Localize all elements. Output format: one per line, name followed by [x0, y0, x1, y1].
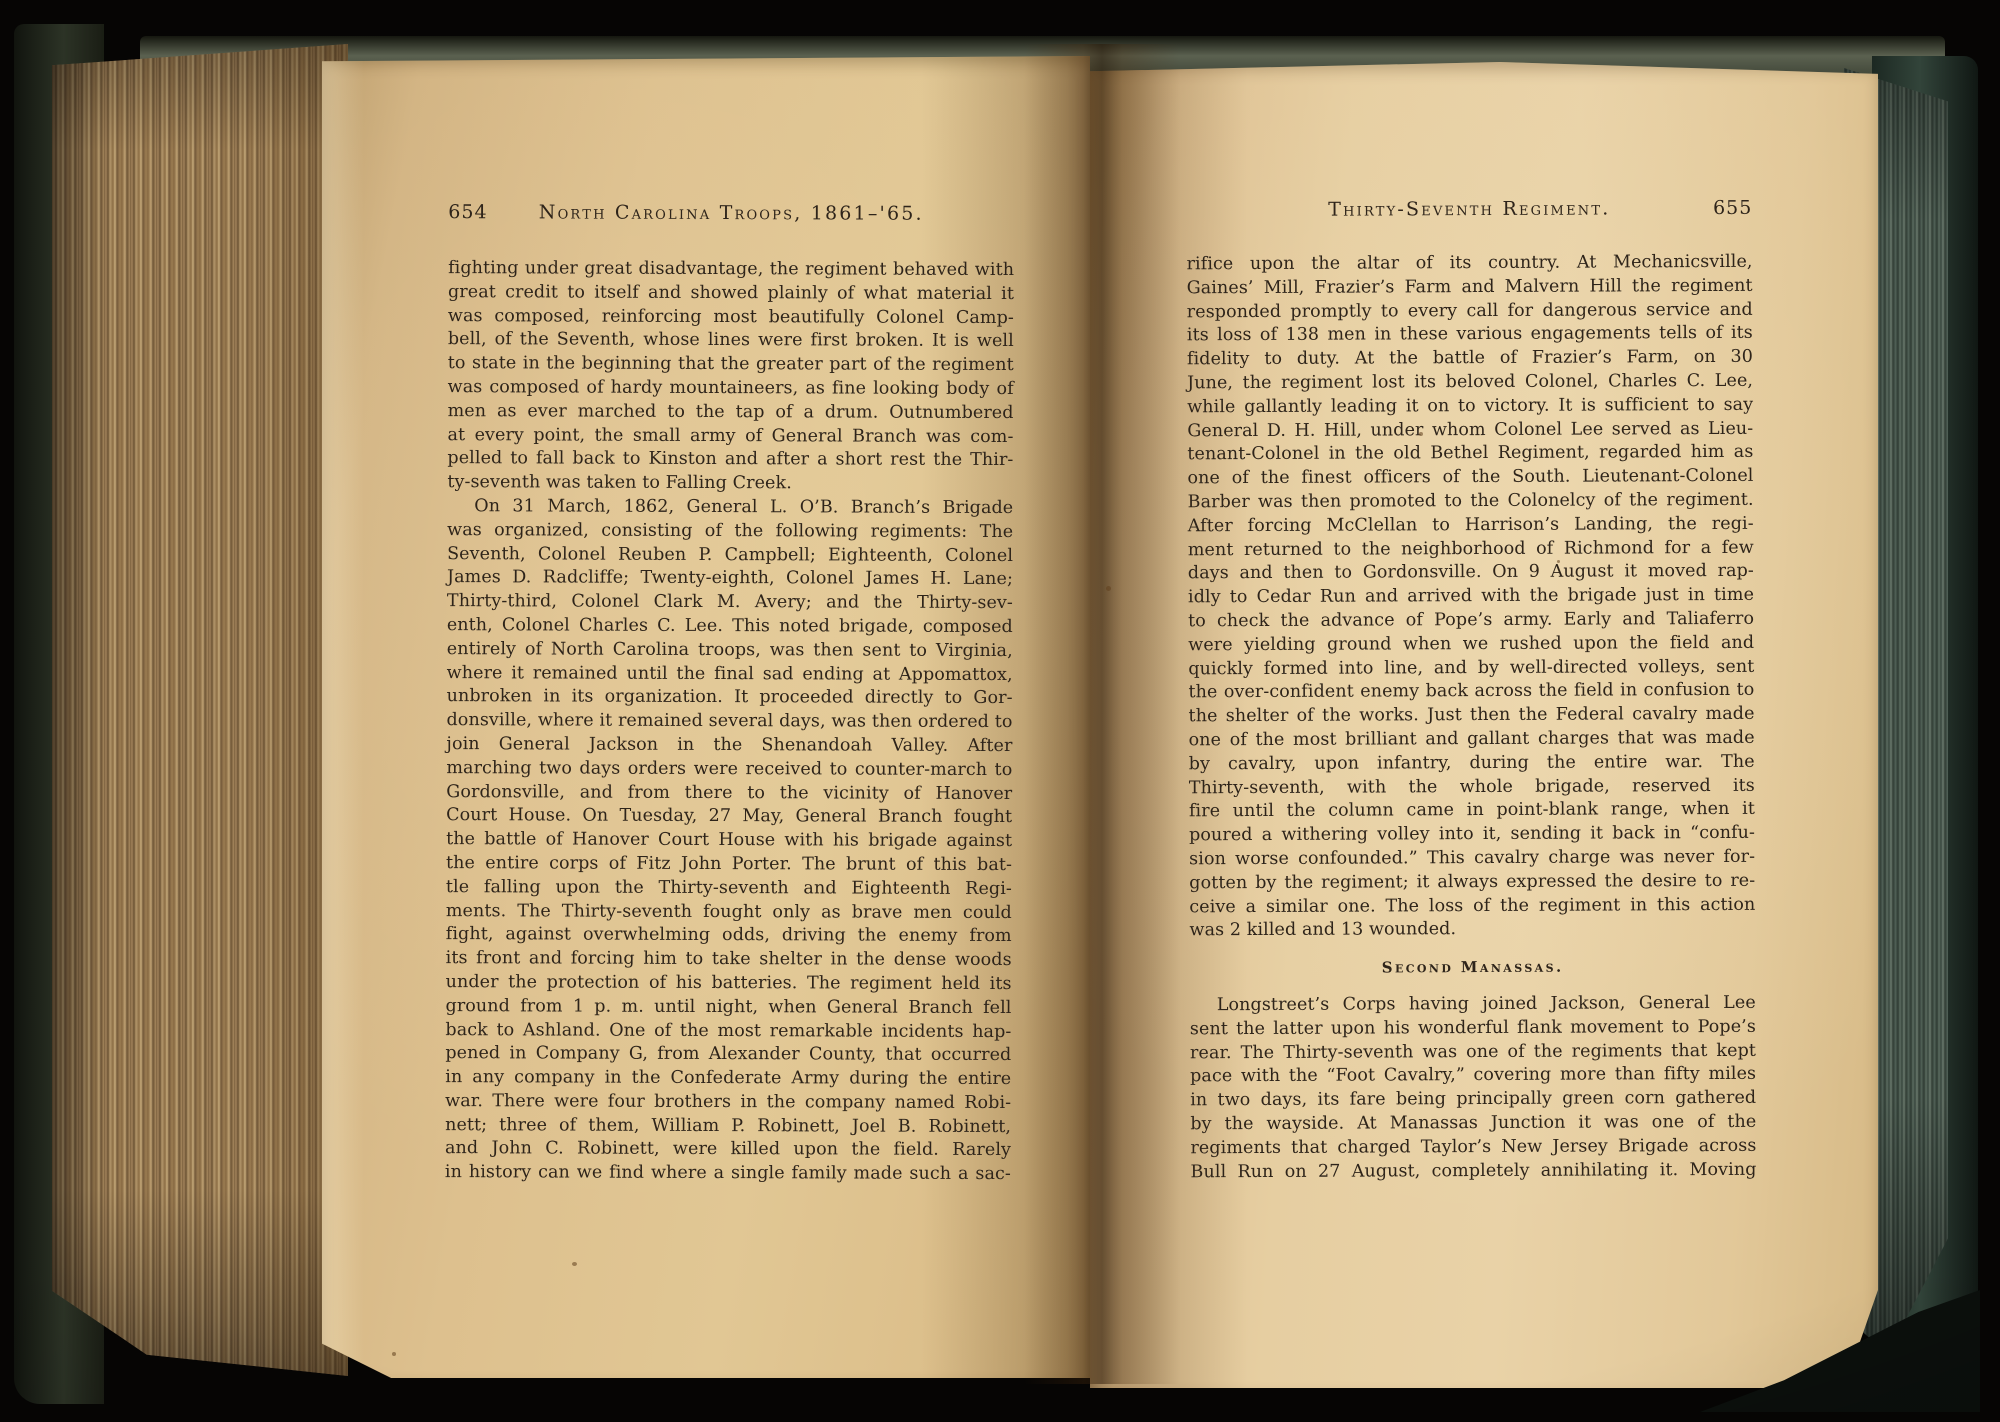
text-line: while gallantly leading it on to victory… [1187, 394, 1753, 420]
text-line: by the wayside. At Manassas Junction it … [1190, 1111, 1756, 1137]
text-line: tle falling upon the Thirty-seventh and … [446, 876, 1012, 902]
text-line: ty-seventh was taken to Falling Creek. [447, 471, 1013, 497]
text-line: sion worse confounded.” This cavalry cha… [1189, 846, 1755, 872]
text-line: men as ever marched to the tap of a drum… [448, 400, 1014, 426]
page-speck [1557, 560, 1560, 563]
right-page-body-paragraph-2: Longstreet’s Corps having joined Jackson… [1190, 992, 1757, 1185]
text-line: unbroken in its organization. It proceed… [447, 685, 1013, 711]
text-line: were yielding ground when we rushed upon… [1188, 632, 1754, 658]
text-line: ground from 1 p. m. until night, when Ge… [445, 995, 1011, 1021]
text-line: was organized, consisting of the followi… [447, 519, 1013, 545]
text-line: responded promptly to every call for dan… [1187, 298, 1753, 324]
text-line: the over-confident enemy back across the… [1188, 679, 1754, 705]
text-line: regiments that charged Taylor’s New Jers… [1190, 1135, 1756, 1161]
text-line: rear. The Thirty-seventh was one of the … [1190, 1039, 1756, 1065]
text-line: days and then to Gordonsville. On 9 Augu… [1188, 560, 1754, 586]
text-line: join General Jackson in the Shenandoah V… [446, 733, 1012, 759]
open-book-photo: 654 North Carolina Troops, 1861–'65. fig… [0, 0, 2000, 1422]
text-line: fight, against overwhelming odds, drivin… [446, 923, 1012, 949]
text-line: in two days, its fare being principally … [1190, 1087, 1756, 1113]
text-line: pened in Company G, from Alexander Count… [445, 1042, 1011, 1068]
text-line: war. There were four brothers in the com… [445, 1090, 1011, 1116]
text-line: in any company in the Confederate Army d… [445, 1066, 1011, 1092]
running-title-right: Thirty-Seventh Regiment. [1328, 197, 1610, 220]
text-line: back to Ashland. One of the most remarka… [445, 1019, 1011, 1045]
text-line: Longstreet’s Corps having joined Jackson… [1190, 992, 1756, 1018]
book-gutter-shadow [1024, 44, 1180, 1384]
text-line: After forcing McClellan to Harrison’s La… [1188, 513, 1754, 539]
text-line: sent the latter upon his wonderful flank… [1190, 1016, 1756, 1042]
text-line: bell, of the Seventh, whose lines were f… [448, 328, 1014, 354]
left-page-edge-stack [52, 44, 348, 1376]
text-line: June, the regiment lost its beloved Colo… [1187, 370, 1753, 396]
text-line: one of the most brilliant and gallant ch… [1189, 727, 1755, 753]
right-page-text: Thirty-Seventh Regiment. 655 rifice upon… [1088, 60, 1882, 1389]
text-line: its loss of 138 men in these various eng… [1187, 322, 1753, 348]
text-line: Bull Run on 27 August, completely annihi… [1190, 1158, 1756, 1184]
page-speck [392, 1352, 396, 1356]
text-line: to check the advance of Pope’s army. Ear… [1188, 608, 1754, 634]
text-line: enth, Colonel Charles C. Lee. This noted… [447, 614, 1013, 640]
text-line: was composed, reinforcing most beautiful… [448, 305, 1014, 331]
text-line: its front and forcing him to take shelte… [446, 947, 1012, 973]
left-running-header: 654 North Carolina Troops, 1861–'65. [448, 201, 1014, 233]
text-line: James D. Radcliffe; Twenty-eighth, Colon… [447, 566, 1013, 592]
text-line: poured a withering volley into it, sendi… [1189, 822, 1755, 848]
page-speck [800, 1005, 803, 1008]
text-line: by cavalry, upon infantry, during the en… [1189, 751, 1755, 777]
text-line: fighting under great disadvantage, the r… [448, 257, 1014, 283]
text-line: the shelter of the works. Just then the … [1188, 703, 1754, 729]
page-speck [572, 1262, 577, 1266]
text-line: quickly formed into line, and by well-di… [1188, 655, 1754, 681]
text-line: fire until the column came in point-blan… [1189, 798, 1755, 824]
text-line: in history can we find where a single fa… [445, 1161, 1011, 1187]
text-line: General D. H. Hill, under whom Colonel L… [1187, 417, 1753, 443]
section-heading-second-manassas: Second Manassas. [1190, 957, 1756, 977]
text-line: Gaines’ Mill, Frazier’s Farm and Malvern… [1187, 275, 1753, 301]
text-line: Gordonsville, and from there to the vici… [446, 781, 1012, 807]
right-running-header: Thirty-Seventh Regiment. 655 [1186, 197, 1752, 229]
text-line: great credit to itself and showed plainl… [448, 281, 1014, 307]
left-page-text: 654 North Carolina Troops, 1861–'65. fig… [319, 55, 1092, 1380]
text-line: rifice upon the altar of its country. At… [1187, 251, 1753, 277]
text-line: pace with the “Foot Cavalry,” covering m… [1190, 1063, 1756, 1089]
page-speck [1106, 586, 1111, 591]
text-line: ments. The Thirty-seventh fought only as… [446, 900, 1012, 926]
text-line: one of the finest officers of the South.… [1187, 465, 1753, 491]
text-line: nett; three of them, William P. Robinett… [445, 1114, 1011, 1140]
text-line: Court House. On Tuesday, 27 May, General… [446, 804, 1012, 830]
text-line: entirely of North Carolina troops, was t… [447, 638, 1013, 664]
page-number-right: 655 [1713, 197, 1752, 219]
text-line: Thirty-third, Colonel Clark M. Avery; an… [447, 590, 1013, 616]
text-line: fidelity to duty. At the battle of Frazi… [1187, 346, 1753, 372]
text-line: donsville, where it remained several day… [446, 709, 1012, 735]
text-line: ment returned to the neighborhood of Ric… [1188, 536, 1754, 562]
text-line: was composed of hardy mountaineers, as f… [448, 376, 1014, 402]
right-page: Thirty-Seventh Regiment. 655 rifice upon… [1090, 62, 1878, 1388]
text-line: and John C. Robinett, were killed upon t… [445, 1138, 1011, 1164]
left-page-body: fighting under great disadvantage, the r… [445, 257, 1014, 1187]
text-line: gotten by the regiment; it always expres… [1189, 870, 1755, 896]
text-line: tenant-Colonel in the old Bethel Regimen… [1187, 441, 1753, 467]
text-line: under the protection of his batteries. T… [446, 971, 1012, 997]
text-line: On 31 March, 1862, General L. O’B. Branc… [447, 495, 1013, 521]
text-line: to state in the beginning that the great… [448, 352, 1014, 378]
text-line: where it remained until the final sad en… [447, 662, 1013, 688]
page-number-left: 654 [448, 201, 487, 223]
text-line: the entire corps of Fitz John Porter. Th… [446, 852, 1012, 878]
text-line: was 2 killed and 13 wounded. [1189, 917, 1755, 943]
text-line: the battle of Hanover Court House with h… [446, 828, 1012, 854]
text-line: marching two days orders were received t… [446, 757, 1012, 783]
text-line: Barber was then promoted to the Colonelc… [1188, 489, 1754, 515]
right-page-body-paragraph-1: rifice upon the altar of its country. At… [1187, 251, 1756, 944]
page-speck [1419, 432, 1423, 436]
text-line: pelled to fall back to Kinston and after… [447, 447, 1013, 473]
left-page: 654 North Carolina Troops, 1861–'65. fig… [322, 56, 1090, 1378]
text-line: idly to Cedar Run and arrived with the b… [1188, 584, 1754, 610]
text-line: ceive a similar one. The loss of the reg… [1189, 893, 1755, 919]
text-line: at every point, the small army of Genera… [447, 424, 1013, 450]
running-title-left: North Carolina Troops, 1861–'65. [539, 201, 924, 224]
text-line: Seventh, Colonel Reuben P. Campbell; Eig… [447, 543, 1013, 569]
text-line: Thirty-seventh, with the whole brigade, … [1189, 774, 1755, 800]
